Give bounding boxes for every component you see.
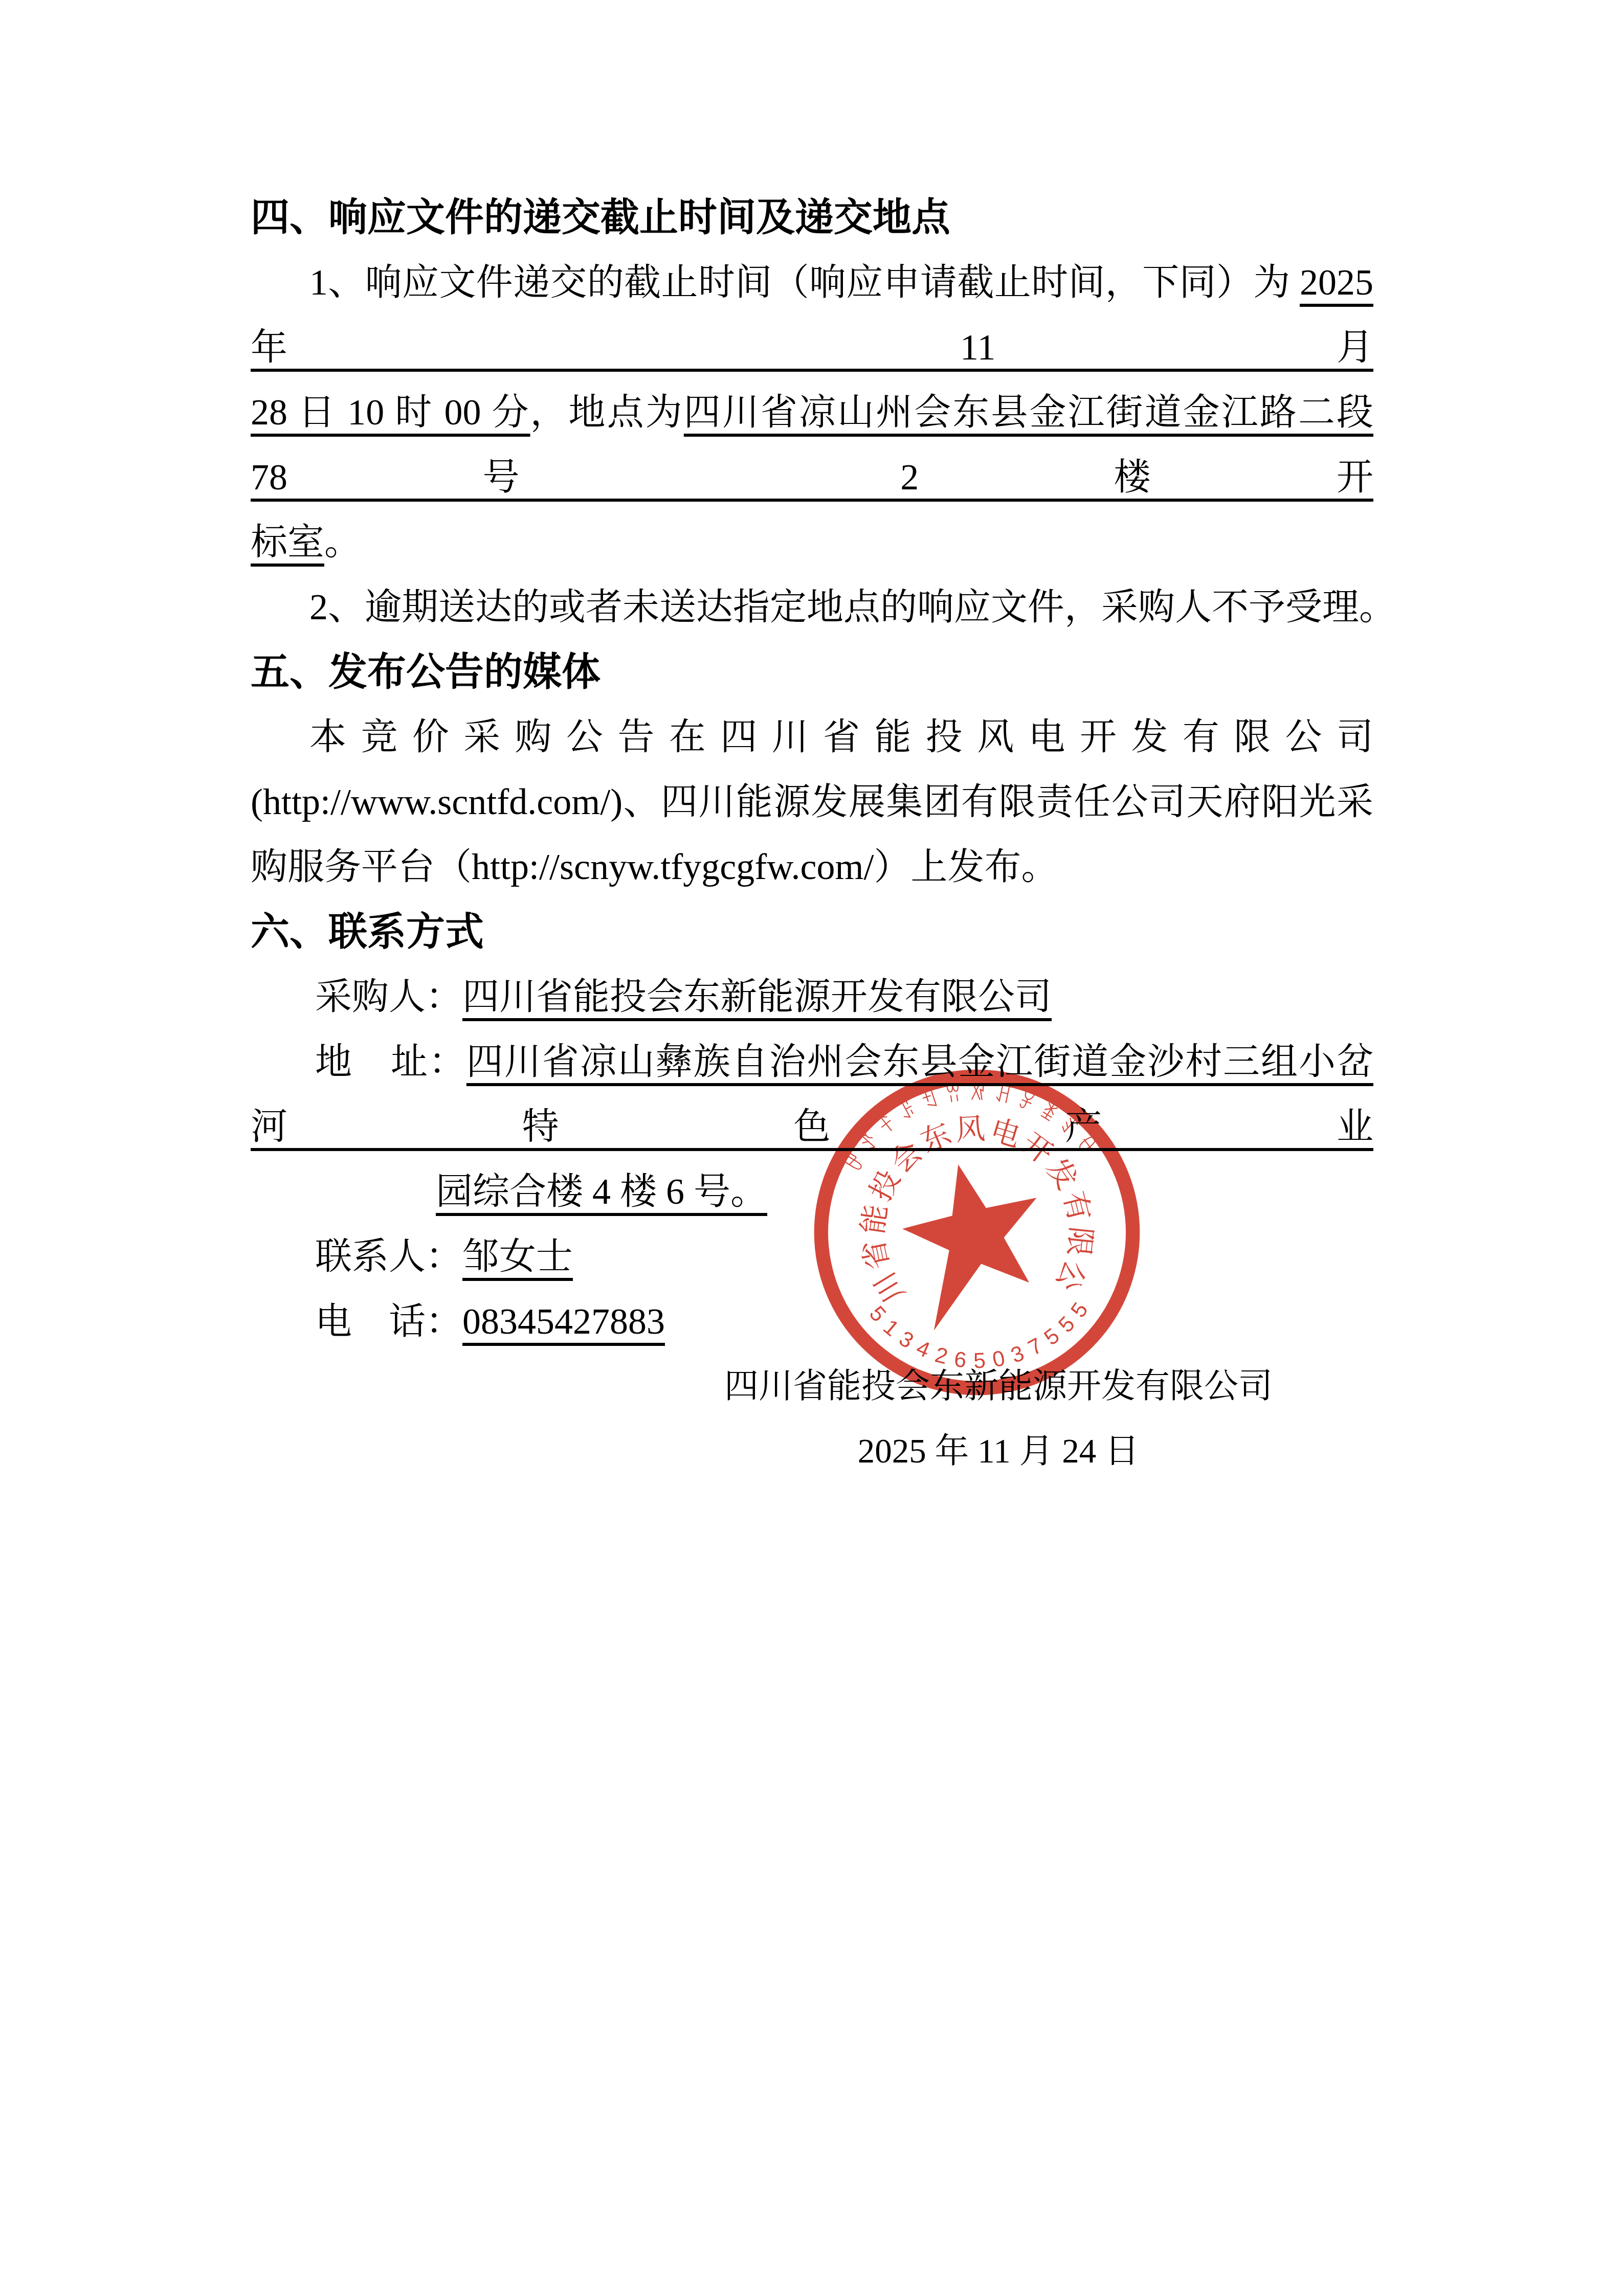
buyer-label: 采购人： [315,976,462,1017]
document-page: 四、响应文件的递交截止时间及递交地点 1、响应文件递交的截止时间（响应申请截止时… [0,0,1624,2296]
deadline-date-part-2: 28 日 10 时 00 分 [251,392,530,433]
address-label: 地 址： [315,1041,466,1082]
section-5-line-1: 本竞价采购公告在四川省能投风电开发有限公司 [251,705,1373,770]
section-5-line-2: (http://www.scntfd.com/)、四川能源发展集团有限责任公司天… [251,770,1373,835]
phone-label: 电 话： [315,1301,462,1342]
sentence-period: 。 [324,522,361,562]
contact-value: 邹女士 [462,1236,573,1277]
section-4-paragraph-2: 2、逾期送达的或者未送达指定地点的响应文件，采购人不予受理。 [251,575,1373,640]
phone-value: 08345427883 [462,1301,665,1342]
address-value-line-2: 园综合楼 4 楼 6 号。 [436,1171,767,1212]
location-connector: ，地点为 [530,392,684,433]
contact-label: 联系人： [315,1236,462,1277]
section-4-paragraph-1-line-2: 28 日 10 时 00 分，地点为四川省凉山州会东县金江街道金江路二段 78 … [251,380,1373,510]
section-6-heading: 六、联系方式 [251,899,1373,964]
signature-date: 2025 年 11 月 24 日 [717,1419,1280,1484]
section-4-paragraph-1-line-3: 标室。 [251,510,1373,575]
company-seal: ꉠꀋꊰꌠꉬꀕꑞꃅꐯꁧꆏꂷ 四川省能投会东风电开发有限公司 51342650375… [797,1053,1156,1412]
section-5-heading: 五、发布公告的媒体 [251,640,1373,705]
submission-address-part-2: 标室 [251,522,324,562]
section-4-paragraph-1-line-1: 1、响应文件递交的截止时间（响应申请截止时间，下同）为 2025 年 11 月 [251,250,1373,380]
section-5-line-3: 购服务平台（http://scnyw.tfygcgfw.com/）上发布。 [251,835,1373,899]
deadline-sentence-start: 1、响应文件递交的截止时间（响应申请截止时间，下同）为 [309,262,1300,303]
section-4-heading: 四、响应文件的递交截止时间及递交地点 [251,185,1373,250]
buyer-value: 四川省能投会东新能源开发有限公司 [462,976,1052,1017]
buyer-row: 采购人：四川省能投会东新能源开发有限公司 [251,964,1373,1029]
seal-star-icon [899,1160,1043,1332]
